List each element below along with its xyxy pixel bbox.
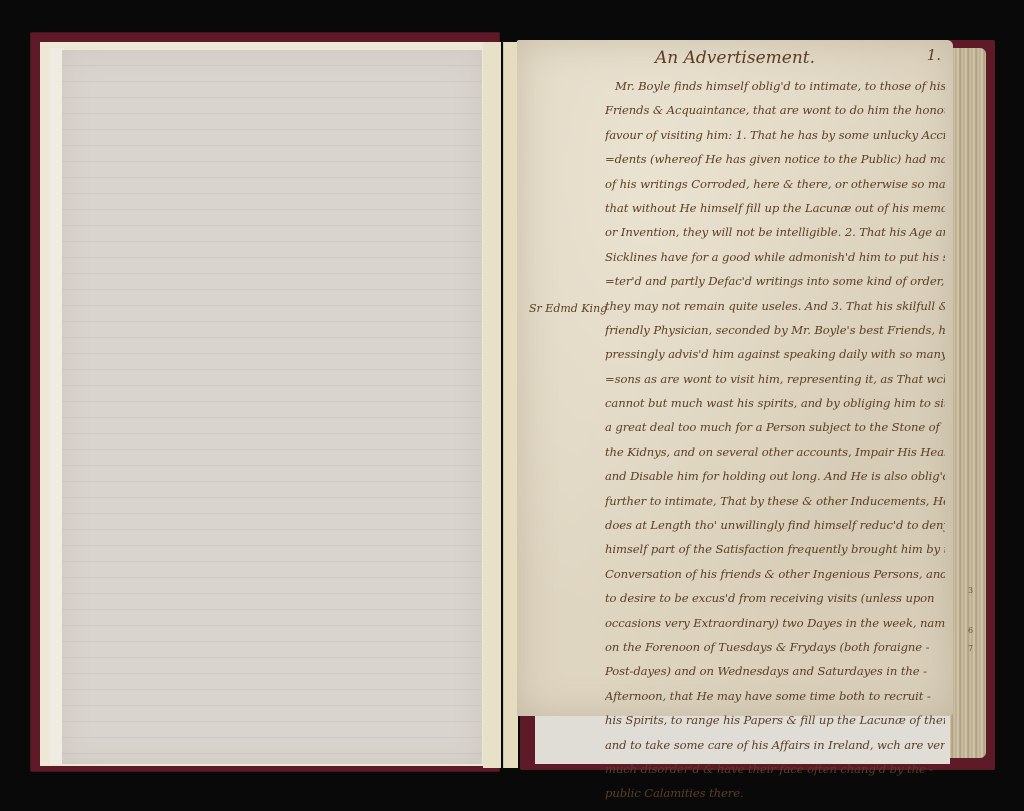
text-line: public Calamities there. [605,781,945,805]
text-line: does at Length tho' unwillingly find him… [605,513,945,537]
text-line: they may not remain quite useles. And 3.… [605,294,945,318]
text-line: =sons as are wont to visit him, represen… [605,367,945,391]
text-line: on the Forenoon of Tuesdays & Frydays (b… [605,635,945,659]
page-heading: An Advertisement. [517,48,953,68]
text-line: Conversation of his friends & other Inge… [605,562,945,586]
text-line: Friends & Acquaintance, that are wont to… [605,98,945,122]
text-line: favour of visiting him: 1. That he has b… [605,123,945,147]
fore-edge-number: 3 [968,586,973,595]
text-line: the Kidnys, and on several other account… [605,440,945,464]
text-line: a great deal too much for a Person subje… [605,415,945,439]
text-line: and Disable him for holding out long. An… [605,464,945,488]
text-line: occasions very Extraordinary) two Dayes … [605,611,945,635]
text-line: further to intimate, That by these & oth… [605,489,945,513]
fore-edge-number: 7 [968,644,973,653]
text-line: Post-dayes) and on Wednesdays and Saturd… [605,659,945,683]
text-line: his Spirits, to range his Papers & fill … [605,708,945,732]
text-line: or Invention, they will not be intelligi… [605,220,945,244]
text-line: friendly Physician, seconded by Mr. Boyl… [605,318,945,342]
gutter-guard [503,42,518,768]
fore-edge-number: 6 [968,626,973,635]
text-line: and to take some care of his Affairs in … [605,733,945,757]
text-line: pressingly advis'd him against speaking … [605,342,945,366]
margin-note: Sr Edmd King [529,302,607,315]
manuscript-text: Mr. Boyle finds himself oblig'd to intim… [605,74,945,806]
text-line: that without He himself fill up the Lacu… [605,196,945,220]
text-line: to desire to be excus'd from receiving v… [605,586,945,610]
text-line: himself part of the Satisfaction frequen… [605,537,945,561]
left-blank-lined-page [62,50,482,764]
text-line: =ter'd and partly Defac'd writings into … [605,269,945,293]
folio-number: 1. [927,46,941,64]
text-line: cannot but much wast his spirits, and by… [605,391,945,415]
text-line: Mr. Boyle finds himself oblig'd to intim… [605,74,945,98]
text-line: Sicklines have for a good while admonish… [605,245,945,269]
manuscript-page: An Advertisement. 1. Sr Edmd King Mr. Bo… [517,40,953,716]
text-line: =dents (whereof He has given notice to t… [605,147,945,171]
gutter-strip [483,42,501,768]
text-line: much disorder'd & have their face often … [605,757,945,781]
text-line: Afternoon, that He may have some time bo… [605,684,945,708]
text-line: of his writings Corroded, here & there, … [605,172,945,196]
